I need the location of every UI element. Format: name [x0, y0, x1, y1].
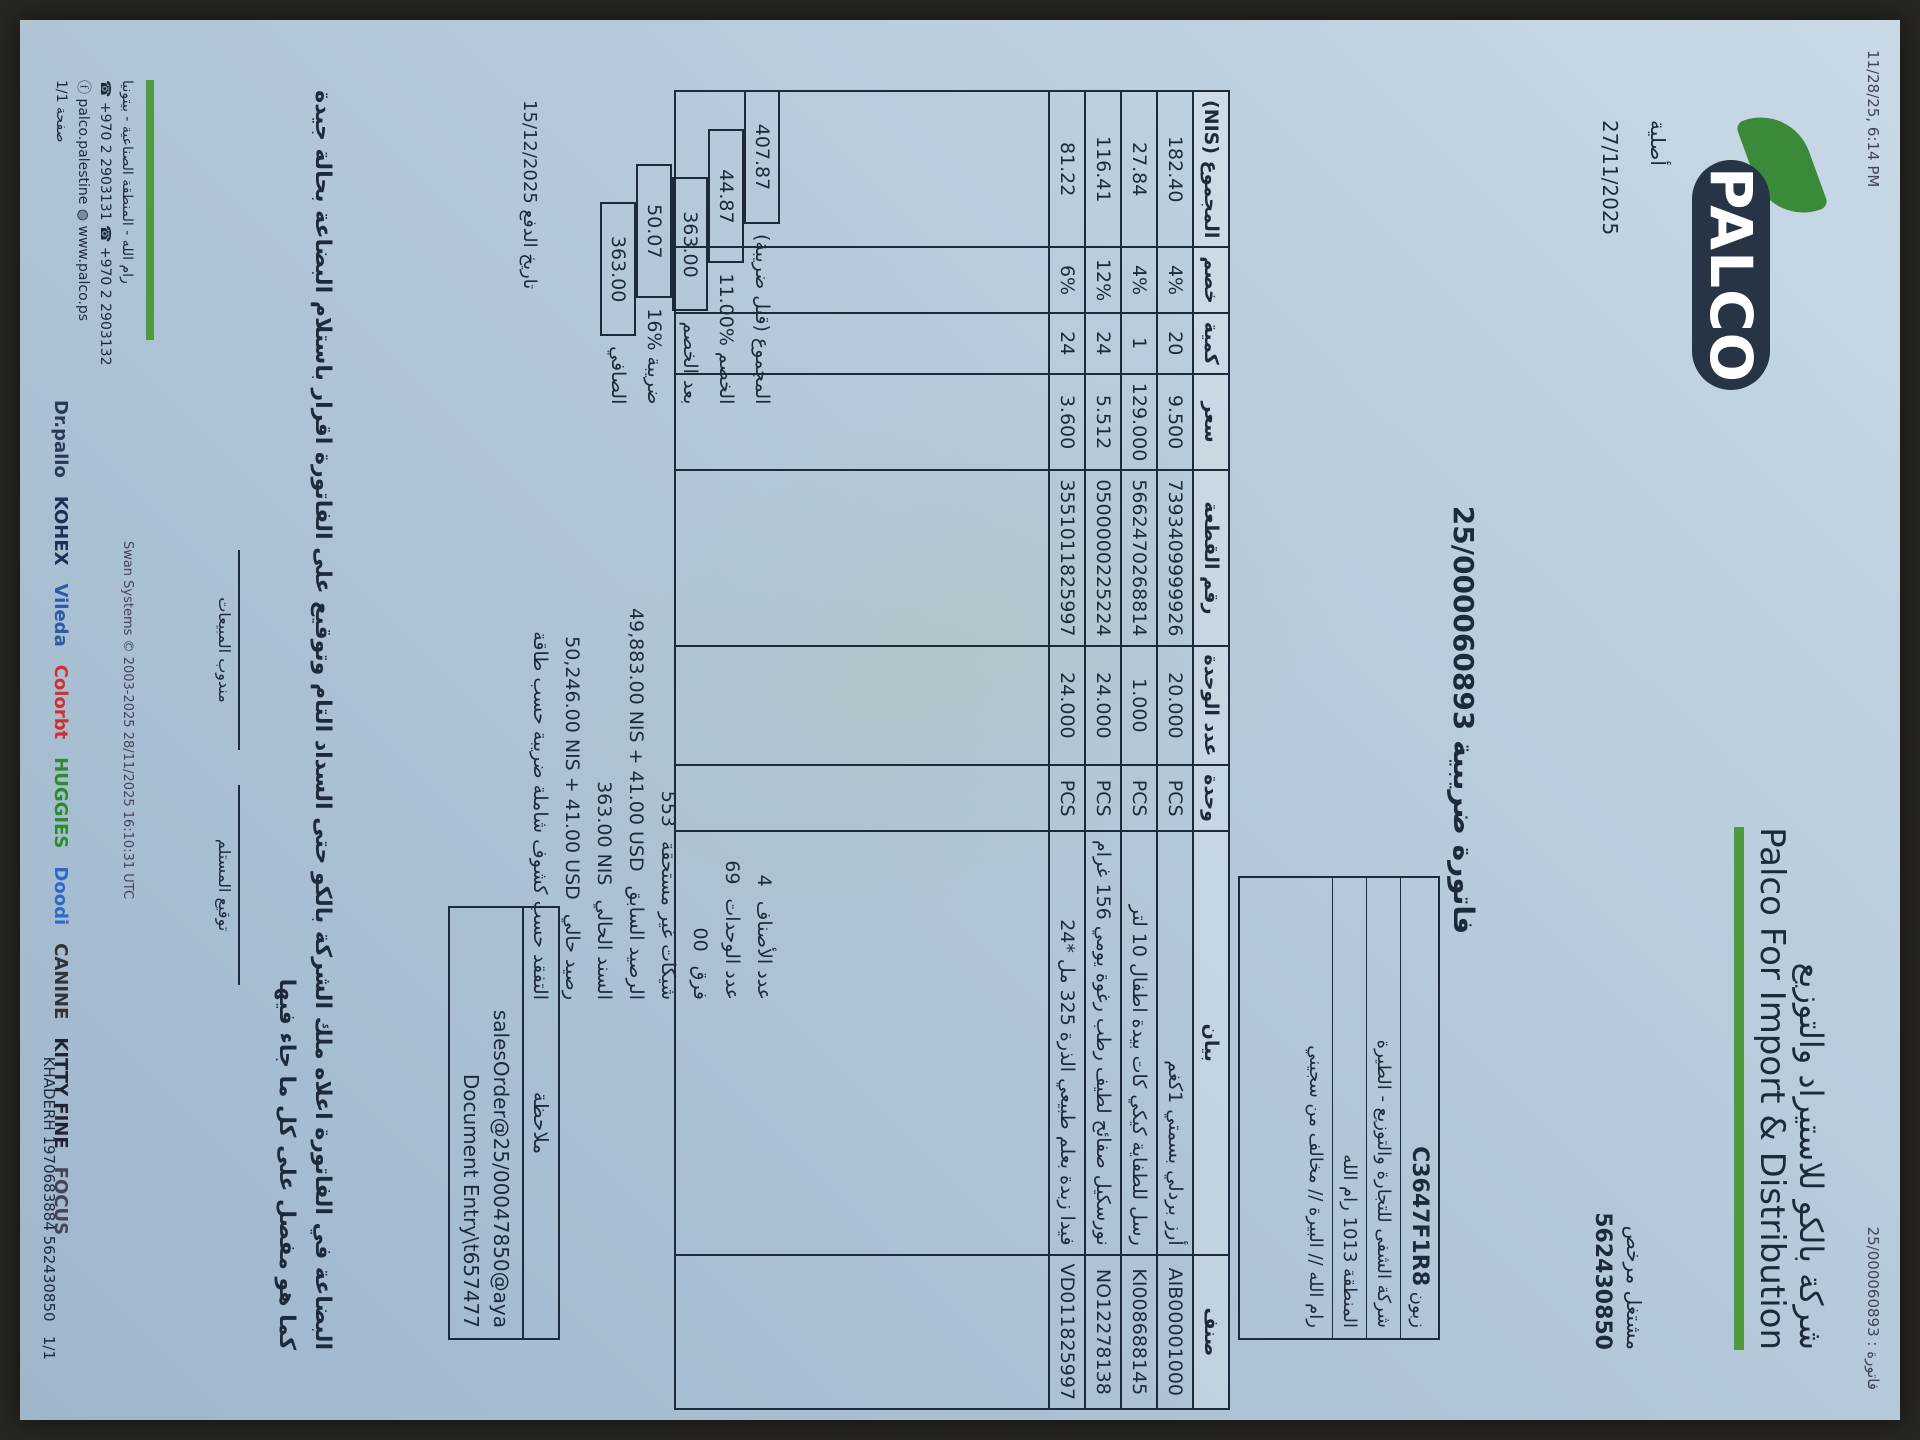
company-name-ar: شركة بالكو للاستيراد والتوزيع — [1792, 827, 1830, 1350]
notes-line-2: Document Entry\t657477 — [456, 918, 486, 1328]
footer-green-bar — [146, 80, 154, 340]
cell-discount: 12% — [1085, 247, 1121, 312]
cell-code: AIB00001000 — [1157, 1255, 1193, 1409]
brand-logo: Doodi — [50, 866, 71, 925]
col-qty: كمية — [1193, 313, 1229, 374]
col-total: المجموع (NIS) — [1193, 91, 1229, 247]
cell-barcode: 5662470268814 — [1121, 470, 1157, 645]
website: www.palco.ps — [75, 226, 91, 322]
invoice-paper: 11/28/25, 6:14 PM فاتورة : 25/000060893 … — [20, 20, 1900, 1420]
cell-discount: 4% — [1157, 247, 1193, 312]
brand-logo: Colorbt — [50, 665, 71, 739]
phone-icon: ☎ — [97, 225, 113, 242]
cell-code: VD011825997 — [1049, 1255, 1085, 1409]
items-count-row: عدد الأصناف4 — [748, 608, 780, 1000]
col-desc: بيان — [1193, 831, 1229, 1255]
total-label: الصافي — [607, 336, 629, 414]
cell-unit-qty: 24.000 — [1085, 646, 1121, 766]
unpaid-checks-value: 553 — [652, 791, 684, 827]
cell-discount: 4% — [1121, 247, 1157, 312]
brand-logo: KOHEX — [50, 496, 71, 566]
items-count: 4 — [748, 875, 780, 887]
total-label: ضريبة %16 — [643, 298, 665, 414]
current-balance-label: رصيد حالي — [556, 914, 588, 1000]
col-barcode: رقم القطعة — [1193, 470, 1229, 645]
col-code: صنف — [1193, 1255, 1229, 1409]
diff-row: فرق00 — [684, 608, 716, 1000]
signature-lines: توقيع المستلم مندوب المبيعات — [215, 520, 240, 985]
total-row: بعد الخصم363.00 — [672, 90, 708, 414]
cell-desc: رسل للطفاية كيكي كات بيدة اطفال 10 لتر — [1121, 831, 1157, 1255]
current-invoice-value: 363.00 NIS — [588, 781, 620, 885]
customer-box: زبون C3647F1R8 شركة الشفى للتجارة والتوز… — [1238, 876, 1440, 1340]
notes-header: ملاحظة — [522, 908, 558, 1338]
current-balance-value: 50,246.00 NIS + 41.00 USD — [556, 636, 588, 900]
total-value: 363.00 — [672, 177, 708, 311]
total-value: 44.87 — [708, 129, 744, 263]
cell-unit: PCS — [1049, 765, 1085, 831]
brand-logo: Vileda — [50, 584, 71, 647]
total-label: الخصم %11.00 — [715, 263, 737, 414]
customer-name: شركة الشفى للتجارة والتوزيع - الطيرة — [1366, 878, 1400, 1338]
print-header: 11/28/25, 6:14 PM فاتورة : 25/000060893 — [1864, 50, 1882, 1390]
total-row: المجموع (قبل ضريبة)407.87 — [744, 90, 780, 414]
col-discount: خصم — [1193, 247, 1229, 312]
current-invoice-label: السند الحالي — [588, 899, 620, 1000]
total-label: بعد الخصم — [679, 311, 701, 414]
unpaid-checks-label: شيكات غير مستحقة — [652, 841, 684, 1000]
customer-code: C3647F1R8 — [1407, 1146, 1432, 1286]
facebook-icon: ⓕ — [75, 80, 91, 94]
doc-ref: فاتورة : 25/000060893 — [1864, 1227, 1882, 1390]
unpaid-checks-row: شيكات غير مستحقة553 — [652, 608, 684, 1000]
cell-unit: PCS — [1157, 765, 1193, 831]
total-row: الصافي363.00 — [600, 90, 636, 414]
page-number: KHADERH 1970683884 562430850 1/1 — [40, 1057, 58, 1360]
units-count: 69 — [716, 860, 748, 884]
brand-logo: Dr.pallo — [50, 400, 71, 478]
palco-logo: PALCO — [1660, 90, 1830, 410]
prev-balance-row: الرصيد السابق49,883.00 NIS + 41.00 USD — [620, 608, 652, 1000]
globe-icon: ◍ — [75, 209, 91, 221]
cell-barcode: 3551011825997 — [1049, 470, 1085, 645]
col-unit: وحدة — [1193, 765, 1229, 831]
cell-price: 129.000 — [1121, 374, 1157, 471]
units-count-row: عدد الوحدات69 — [716, 608, 748, 1000]
cell-qty: 24 — [1049, 313, 1085, 374]
due-date-value: 15/12/2025 — [519, 100, 540, 204]
printed-at: 11/28/25, 6:14 PM — [1864, 50, 1882, 187]
col-unit-qty: عدد الوحدة — [1193, 646, 1229, 766]
cell-desc: فيدا زبدة بعلم طبيعي الذرة 325 مل *24 — [1049, 831, 1085, 1255]
phone-1: +970 2 2903131 — [97, 102, 113, 221]
customer-code-row: زبون C3647F1R8 — [1400, 878, 1438, 1338]
facebook: palco.palestine — [75, 98, 91, 204]
total-value: 50.07 — [636, 164, 672, 298]
customer-address: رام الله // البيرة // مخالف من سجيني — [1240, 878, 1332, 1338]
cell-barcode: 7393409999926 — [1157, 470, 1193, 645]
customer-area: المنطقة 1013 رام الله — [1332, 878, 1366, 1338]
account-summary: عدد الأصناف4 عدد الوحدات69 فرق00 شيكات غ… — [524, 608, 780, 1000]
invoice-title: فاتورة ضريبية 25/000060893 — [1447, 20, 1480, 1420]
cell-desc: نورسكيل صفائح لطيف رطب رغوة يومي 156 غرا… — [1085, 831, 1121, 1255]
total-row: الخصم %11.0044.87 — [708, 90, 744, 414]
page-label: صفحة 1/1 — [50, 80, 72, 366]
notes-body: salesOrder@25/00047850@aya Document Entr… — [450, 908, 522, 1338]
salesman-signature: مندوب المبيعات — [215, 550, 240, 750]
current-invoice-row: السند الحالي363.00 NIS — [588, 608, 620, 1000]
table-row: KI008688145رسل للطفاية كيكي كات بيدة اطف… — [1121, 91, 1157, 1409]
footer-phones: ☎ +970 2 2903131 ☎ +970 2 2903132 — [94, 80, 116, 366]
cell-barcode: 0500000225224 — [1085, 470, 1121, 645]
phone-2: +970 2 2903132 — [97, 247, 113, 366]
col-price: سعر — [1193, 374, 1229, 471]
notes-box: ملاحظة salesOrder@25/00047850@aya Docume… — [448, 906, 560, 1340]
brand-logo: CANINE — [50, 943, 71, 1019]
diff-label: فرق — [684, 966, 716, 1000]
copy-label: أصلية — [1646, 120, 1670, 166]
company-header: شركة بالكو للاستيراد والتوزيع Palco For … — [1734, 827, 1830, 1350]
cell-unit: PCS — [1121, 765, 1157, 831]
cell-price: 3.600 — [1049, 374, 1085, 471]
table-row: NO12278138نورسكيل صفائح لطيف رطب رغوة يو… — [1085, 91, 1121, 1409]
cell-total: 27.84 — [1121, 91, 1157, 247]
due-date-label: تاريخ الدفع — [519, 209, 540, 289]
cell-total: 182.40 — [1157, 91, 1193, 247]
prev-balance-value: 49,883.00 NIS + 41.00 USD — [620, 608, 652, 872]
phone-icon: ☎ — [97, 80, 113, 97]
cell-price: 9.500 — [1157, 374, 1193, 471]
footer-contact: رام الله - المنطقة الصناعية - بيتونيا ☎ … — [50, 80, 154, 366]
cell-unit: PCS — [1085, 765, 1121, 831]
table-row: VD011825997فيدا زبدة بعلم طبيعي الذرة 32… — [1049, 91, 1085, 1409]
cell-code: NO12278138 — [1085, 1255, 1121, 1409]
footer-web: ⓕ palco.palestine ◍ www.palco.ps — [72, 80, 94, 366]
cell-qty: 20 — [1157, 313, 1193, 374]
total-value: 363.00 — [600, 202, 636, 336]
prev-balance-label: الرصيد السابق — [620, 886, 652, 1000]
items-header-row: صنف بيان وحدة عدد الوحدة رقم القطعة سعر … — [1193, 91, 1229, 1409]
table-row: AIB00001000أرز بردلي بسمتي 1كغمPCS20.000… — [1157, 91, 1193, 1409]
due-date: تاريخ الدفع 15/12/2025 — [519, 100, 540, 289]
cell-code: KI008688145 — [1121, 1255, 1157, 1409]
total-value: 407.87 — [744, 90, 780, 224]
company-name-en: Palco For Import & Distribution — [1752, 827, 1792, 1350]
page-count: 1/1 — [40, 1336, 58, 1360]
total-label: المجموع (قبل ضريبة) — [751, 224, 773, 414]
units-count-label: عدد الوحدات — [716, 898, 748, 1000]
notes-line-1: salesOrder@25/00047850@aya — [486, 918, 516, 1328]
cell-unit-qty: 24.000 — [1049, 646, 1085, 766]
licensed-dealer: مشتغل مرخص 562430850 — [1586, 1212, 1650, 1350]
terms-text: البضاعة في الفاتورة اعلاه ملك الشركة بال… — [268, 90, 340, 1350]
diff-value: 00 — [684, 928, 716, 952]
items-count-label: عدد الأصناف — [748, 901, 780, 1000]
customer-code-label: زبون — [1408, 1292, 1429, 1328]
receiver-signature: توقيع المستلم — [215, 785, 240, 985]
doc-date-block: 27/11/2025 — [1590, 120, 1630, 235]
ref-line: KHADERH 1970683884 562430850 — [40, 1057, 58, 1322]
cell-desc: أرز بردلي بسمتي 1كغم — [1157, 831, 1193, 1255]
brand-logo: HUGGIES — [50, 757, 71, 848]
cell-unit-qty: 1.000 — [1121, 646, 1157, 766]
cell-total: 81.22 — [1049, 91, 1085, 247]
logo-text: PALCO — [1692, 160, 1770, 390]
cell-qty: 24 — [1085, 313, 1121, 374]
empty-cell — [675, 1255, 1049, 1409]
doc-date: 27/11/2025 — [1590, 120, 1630, 235]
cell-price: 5.512 — [1085, 374, 1121, 471]
cell-qty: 1 — [1121, 313, 1157, 374]
licensed-dealer-label: مشتغل مرخص — [1618, 1212, 1650, 1350]
totals-block: المجموع (قبل ضريبة)407.87الخصم %11.0044.… — [600, 90, 780, 414]
brand-bar — [1734, 827, 1744, 1350]
licensed-dealer-number: 562430850 — [1586, 1212, 1618, 1350]
current-balance-row: رصيد حالي50,246.00 NIS + 41.00 USD — [556, 608, 588, 1000]
footer-address: رام الله - المنطقة الصناعية - بيتونيا — [116, 80, 138, 366]
cell-unit-qty: 20.000 — [1157, 646, 1193, 766]
total-row: ضريبة %1650.07 — [636, 90, 672, 414]
cell-total: 116.41 — [1085, 91, 1121, 247]
cell-discount: 6% — [1049, 247, 1085, 312]
